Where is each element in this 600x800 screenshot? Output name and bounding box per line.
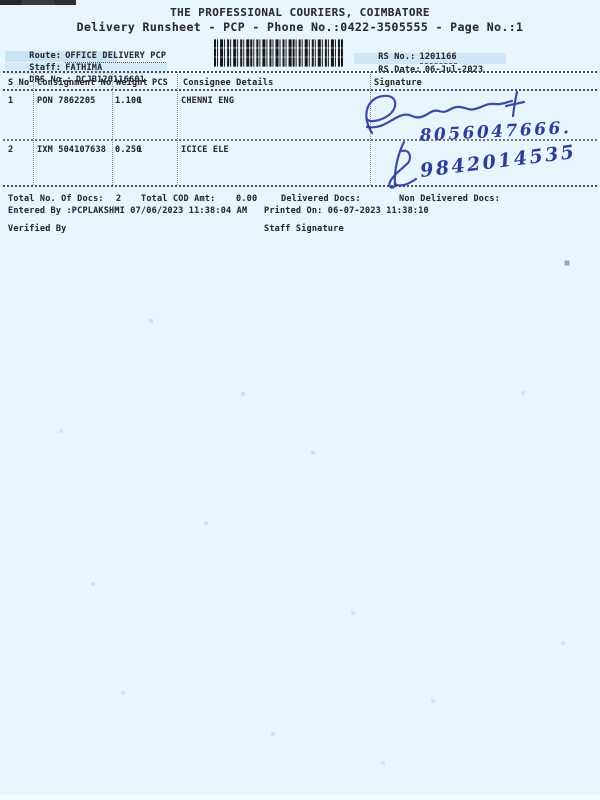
table-row-1-s-no: 1: [8, 96, 13, 106]
scan-bottom-edge: [0, 795, 600, 800]
col-sep-3: [177, 72, 178, 185]
col-sep-1: [33, 72, 34, 185]
col-header-s-no: S No: [8, 78, 29, 88]
staff-signature-label: Staff Signature: [264, 224, 344, 234]
divider-header: [3, 71, 597, 73]
col-header-consignment-no: Consignment No: [37, 78, 111, 88]
page-title: THE PROFESSIONAL COURIERS, COIMBATORE: [0, 6, 600, 19]
total-docs-value: 2: [116, 194, 121, 204]
table-row-1-consignee: CHENNI ENG: [181, 96, 234, 106]
signature-row-2: 9842014535: [381, 139, 581, 191]
table-row-2-pcs: 1: [137, 145, 142, 155]
table-row-2-s-no: 2: [8, 145, 13, 155]
col-header-weight: Weight: [116, 78, 148, 88]
signature-row-2-phone: 9842014535: [419, 141, 578, 182]
scan-edge-artifact: [0, 0, 76, 5]
cod-label: Total COD Amt:: [141, 194, 215, 204]
scanned-delivery-runsheet: THE PROFESSIONAL COURIERS, COIMBATORE De…: [0, 0, 600, 800]
cod-value: 0.00: [236, 194, 257, 204]
verified-by-label: Verified By: [8, 224, 67, 234]
col-header-pcs: PCS: [152, 78, 168, 88]
non-delivered-docs-label: Non Delivered Docs:: [399, 194, 500, 204]
col-sep-2: [112, 72, 113, 185]
page-subtitle: Delivery Runsheet - PCP - Phone No.:0422…: [0, 21, 600, 35]
table-row-1-consignment-no: PON 7862205: [37, 96, 96, 106]
delivered-docs-label: Delivered Docs:: [281, 194, 361, 204]
col-header-signature: Signature: [374, 78, 422, 88]
table-row-2-consignee: ICICE ELE: [181, 145, 229, 155]
col-header-consignee-details: Consignee Details: [183, 78, 273, 88]
printed-on-line: Printed On: 06-07-2023 11:38:10: [264, 206, 429, 216]
total-docs-label: Total No. Of Docs:: [8, 194, 104, 204]
table-row-2-consignment-no: IXM 504107638: [37, 145, 106, 155]
entered-by-line: Entered By :PCPLAKSHMI 07/06/2023 11:38:…: [8, 206, 247, 216]
barcode-icon: [214, 39, 344, 67]
table-row-1-pcs: 1: [137, 96, 142, 106]
